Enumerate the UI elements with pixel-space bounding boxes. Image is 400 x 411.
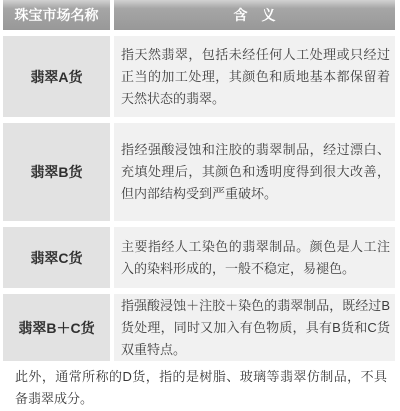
grade-c-meaning: 主要指经人工染色的翡翠制品。颜色是人工注入的染料形成的，一般不稳定，易褪色。 <box>114 227 395 288</box>
header-col-meaning: 含 义 <box>114 0 395 30</box>
grade-a-meaning: 指天然翡翠，包括未经任何人工处理或只经过正当的加工处理，其颜色和质地基本都保留着… <box>114 36 395 117</box>
grade-bc-meaning: 指强酸浸蚀＋注胶＋染色的翡翠制品，既经过B货处理，同时又加入有色物质，具有B货和… <box>114 294 395 361</box>
footnote-d-grade: 此外，通常所称的D货，指的是树脂、玻璃等翡翠仿制品，不具备翡翠成分。 <box>15 366 387 410</box>
table-header-row: 珠宝市场名称 含 义 <box>3 0 395 30</box>
table-row: 翡翠B＋C货 指强酸浸蚀＋注胶＋染色的翡翠制品，既经过B货处理，同时又加入有色物… <box>3 294 395 361</box>
grade-bc-name: 翡翠B＋C货 <box>3 294 110 361</box>
header-col-market-name: 珠宝市场名称 <box>3 0 110 30</box>
grade-b-meaning: 指经强酸浸蚀和注胶的翡翠制品，经过漂白、充填处理后，其颜色和透明度得到很大改善，… <box>114 123 395 221</box>
table-row: 翡翠C货 主要指经人工染色的翡翠制品。颜色是人工注入的染料形成的，一般不稳定，易… <box>3 227 395 288</box>
grade-a-name: 翡翠A货 <box>3 36 110 117</box>
table-row: 翡翠A货 指天然翡翠，包括未经任何人工处理或只经过正当的加工处理，其颜色和质地基… <box>3 36 395 117</box>
grade-b-name: 翡翠B货 <box>3 123 110 221</box>
grade-c-name: 翡翠C货 <box>3 227 110 288</box>
table-row: 翡翠B货 指经强酸浸蚀和注胶的翡翠制品，经过漂白、充填处理后，其颜色和透明度得到… <box>3 123 395 221</box>
jade-grades-infographic: 珠宝市场名称 含 义 翡翠A货 指天然翡翠，包括未经任何人工处理或只经过正当的加… <box>0 0 400 411</box>
jade-grade-table: 珠宝市场名称 含 义 翡翠A货 指天然翡翠，包括未经任何人工处理或只经过正当的加… <box>3 0 395 361</box>
